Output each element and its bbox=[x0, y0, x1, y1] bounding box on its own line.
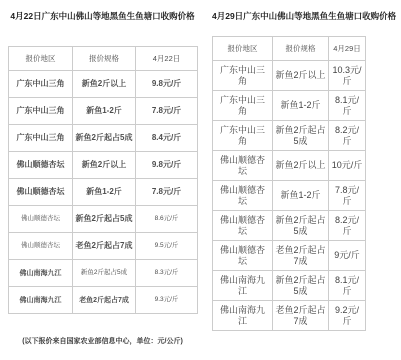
table-row: 佛山顺德杏坛 新鱼1-2斤 7.8元/斤 bbox=[9, 179, 198, 206]
table-row: 广东中山三角 新鱼2斤起占5成 8.2元/斤 bbox=[213, 121, 366, 151]
cell-price: 9.5元/斤 bbox=[136, 233, 198, 260]
cell-region: 佛山顺德杏坛 bbox=[9, 179, 73, 206]
column-header-spec: 报价规格 bbox=[73, 47, 136, 71]
cell-price: 8.4元/斤 bbox=[136, 125, 198, 152]
cell-price: 8.2元/斤 bbox=[329, 121, 366, 151]
cell-region: 佛山南海九江 bbox=[213, 271, 273, 301]
cell-region: 广东中山三角 bbox=[9, 71, 73, 98]
cell-region: 佛山顺德杏坛 bbox=[213, 211, 273, 241]
cell-region: 广东中山三角 bbox=[213, 121, 273, 151]
footnote: (以下报价来自国家农业部信息中心，单位：元/公斤) bbox=[8, 336, 197, 346]
cell-spec: 老鱼2斤起占7成 bbox=[273, 301, 329, 331]
table-row: 佛山顺德杏坛 老鱼2斤起占7成 9.5元/斤 bbox=[9, 233, 198, 260]
cell-region: 佛山顺德杏坛 bbox=[9, 152, 73, 179]
column-header-region: 报价地区 bbox=[9, 47, 73, 71]
cell-region: 佛山顺德杏坛 bbox=[9, 206, 73, 233]
table-row: 广东中山三角 新鱼1-2斤 8.1元/斤 bbox=[213, 91, 366, 121]
cell-price: 8.6元/斤 bbox=[136, 206, 198, 233]
cell-region: 广东中山三角 bbox=[213, 91, 273, 121]
table-row: 佛山顺德杏坛 新鱼2斤以上 10元/斤 bbox=[213, 151, 366, 181]
column-header-spec: 报价规格 bbox=[273, 37, 329, 61]
cell-spec: 新鱼2斤以上 bbox=[273, 151, 329, 181]
cell-price: 8.3元/斤 bbox=[136, 260, 198, 287]
table-header-row: 报价地区 报价规格 4月22日 bbox=[9, 47, 198, 71]
cell-spec: 新鱼1-2斤 bbox=[73, 179, 136, 206]
cell-spec: 新鱼2斤以上 bbox=[73, 152, 136, 179]
cell-price: 10元/斤 bbox=[329, 151, 366, 181]
price-table-april-22: 报价地区 报价规格 4月22日 广东中山三角 新鱼2斤以上 9.8元/斤 广东中… bbox=[8, 46, 198, 314]
table-header-row: 报价地区 报价规格 4月29日 bbox=[213, 37, 366, 61]
table-row: 佛山顺德杏坛 老鱼2斤起占7成 9元/斤 bbox=[213, 241, 366, 271]
cell-spec: 新鱼1-2斤 bbox=[273, 91, 329, 121]
page: { "colors": { "background": "#ffffff", "… bbox=[0, 0, 401, 360]
column-header-date: 4月22日 bbox=[136, 47, 198, 71]
cell-region: 佛山顺德杏坛 bbox=[9, 233, 73, 260]
cell-spec: 新鱼2斤以上 bbox=[273, 61, 329, 91]
table-row: 佛山南海九江 新鱼2斤起占5成 8.1元/斤 bbox=[213, 271, 366, 301]
cell-price: 8.1元/斤 bbox=[329, 91, 366, 121]
table-row: 佛山顺德杏坛 新鱼2斤起占5成 8.2元/斤 bbox=[213, 211, 366, 241]
cell-price: 8.2元/斤 bbox=[329, 211, 366, 241]
price-table-april-29: 报价地区 报价规格 4月29日 广东中山三角 新鱼2斤以上 10.3元/斤 广东… bbox=[212, 36, 366, 331]
cell-price: 9元/斤 bbox=[329, 241, 366, 271]
cell-region: 佛山顺德杏坛 bbox=[213, 181, 273, 211]
cell-price: 9.3元/斤 bbox=[136, 287, 198, 314]
column-header-date: 4月29日 bbox=[329, 37, 366, 61]
cell-region: 广东中山三角 bbox=[9, 125, 73, 152]
cell-spec: 新鱼2斤起占5成 bbox=[273, 271, 329, 301]
table-row: 佛山顺德杏坛 新鱼2斤起占5成 8.6元/斤 bbox=[9, 206, 198, 233]
cell-region: 佛山顺德杏坛 bbox=[213, 151, 273, 181]
table-row: 佛山南海九江 老鱼2斤起占7成 9.3元/斤 bbox=[9, 287, 198, 314]
cell-spec: 老鱼2斤起占7成 bbox=[73, 233, 136, 260]
table-row: 广东中山三角 新鱼2斤以上 10.3元/斤 bbox=[213, 61, 366, 91]
cell-price: 8.1元/斤 bbox=[329, 271, 366, 301]
table-row: 佛山顺德杏坛 新鱼2斤以上 9.8元/斤 bbox=[9, 152, 198, 179]
table-row: 佛山南海九江 老鱼2斤起占7成 9.2元/斤 bbox=[213, 301, 366, 331]
cell-spec: 老鱼2斤起占7成 bbox=[73, 287, 136, 314]
cell-spec: 新鱼2斤起占5成 bbox=[73, 206, 136, 233]
table-row: 广东中山三角 新鱼2斤以上 9.8元/斤 bbox=[9, 71, 198, 98]
cell-region: 广东中山三角 bbox=[9, 98, 73, 125]
table-row: 佛山南海九江 新鱼2斤起占5成 8.3元/斤 bbox=[9, 260, 198, 287]
cell-price: 7.8元/斤 bbox=[136, 179, 198, 206]
cell-price: 9.8元/斤 bbox=[136, 71, 198, 98]
cell-spec: 新鱼2斤起占5成 bbox=[73, 125, 136, 152]
table-row: 佛山顺德杏坛 新鱼1-2斤 7.8元/斤 bbox=[213, 181, 366, 211]
cell-price: 9.8元/斤 bbox=[136, 152, 198, 179]
cell-spec: 新鱼1-2斤 bbox=[73, 98, 136, 125]
cell-spec: 新鱼2斤起占5成 bbox=[73, 260, 136, 287]
cell-price: 7.8元/斤 bbox=[136, 98, 198, 125]
cell-spec: 新鱼2斤起占5成 bbox=[273, 211, 329, 241]
cell-region: 广东中山三角 bbox=[213, 61, 273, 91]
cell-spec: 新鱼2斤起占5成 bbox=[273, 121, 329, 151]
cell-price: 9.2元/斤 bbox=[329, 301, 366, 331]
table-row: 广东中山三角 新鱼2斤起占5成 8.4元/斤 bbox=[9, 125, 198, 152]
cell-region: 佛山南海九江 bbox=[9, 287, 73, 314]
cell-price: 7.8元/斤 bbox=[329, 181, 366, 211]
cell-region: 佛山顺德杏坛 bbox=[213, 241, 273, 271]
cell-spec: 新鱼2斤以上 bbox=[73, 71, 136, 98]
cell-region: 佛山南海九江 bbox=[213, 301, 273, 331]
left-table-title: 4月22日广东中山佛山等地黑鱼生鱼塘口收购价格 bbox=[8, 10, 197, 22]
column-header-region: 报价地区 bbox=[213, 37, 273, 61]
right-table-title: 4月29日广东中山佛山等地黑鱼生鱼塘口收购价格 bbox=[212, 10, 380, 22]
table-row: 广东中山三角 新鱼1-2斤 7.8元/斤 bbox=[9, 98, 198, 125]
cell-spec: 新鱼1-2斤 bbox=[273, 181, 329, 211]
cell-spec: 老鱼2斤起占7成 bbox=[273, 241, 329, 271]
cell-region: 佛山南海九江 bbox=[9, 260, 73, 287]
cell-price: 10.3元/斤 bbox=[329, 61, 366, 91]
